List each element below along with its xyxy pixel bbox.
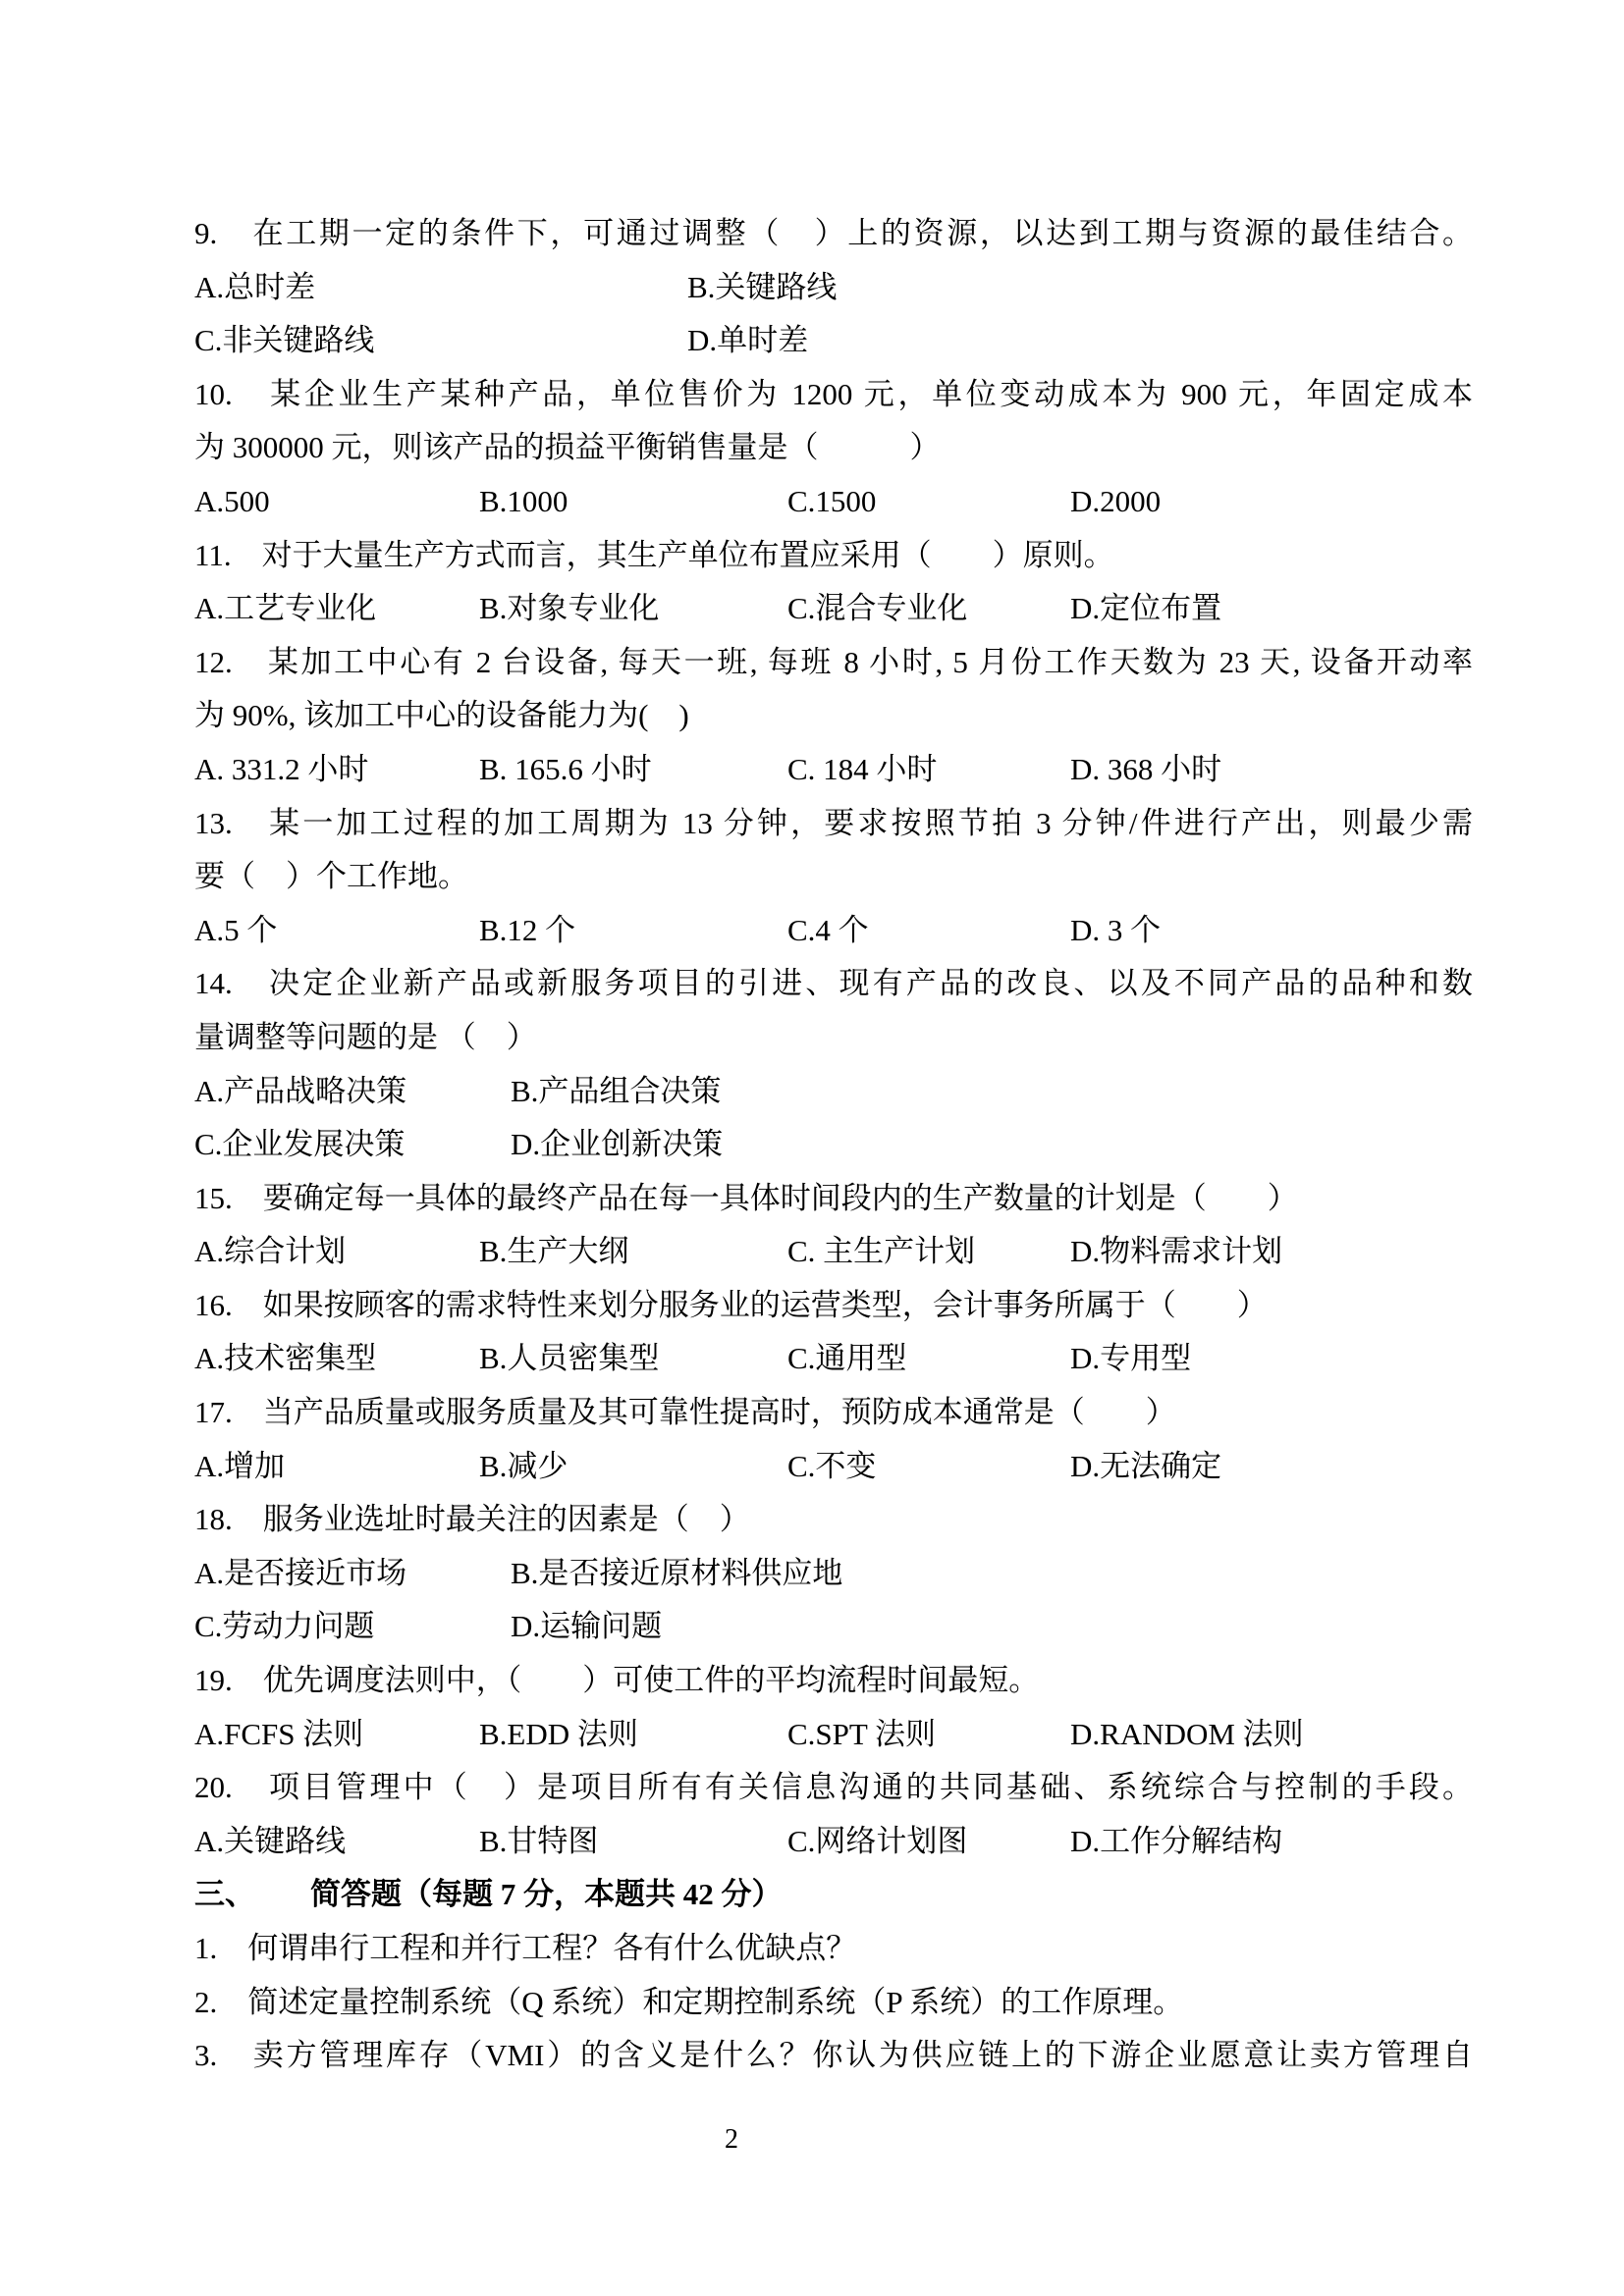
option-item: D.RANDOM 法则 [1070,1708,1304,1762]
short-answer-question-1: 1. 何谓串行工程和并行工程？各有什么优缺点？ [194,1922,1473,1976]
option-item: D.无法确定 [1070,1440,1221,1494]
question-14-options-row-2: C.企业发展决策D.企业创新决策 [194,1118,1473,1172]
option-item: C.不变 [787,1440,876,1494]
question-20-options-row-1: A.关键路线B.甘特图C.网络计划图D.工作分解结构 [194,1815,1473,1869]
question-10-stem-line-1: 10. 某企业生产某种产品，单位售价为 1200 元，单位变动成本为 900 元… [194,368,1473,422]
question-13-stem-line-1: 13. 某一加工过程的加工周期为 13 分钟，要求按照节拍 3 分钟/件进行产出… [194,797,1473,851]
question-17-stem-line-1: 17. 当产品质量或服务质量及其可靠性提高时，预防成本通常是（ ） [194,1386,1473,1440]
question-18-options-row-1: A.是否接近市场B.是否接近原材料供应地 [194,1547,1473,1601]
short-answer-question-3: 3. 卖方管理库存（VMI）的含义是什么？你认为供应链上的下游企业愿意让卖方管理… [194,2029,1473,2083]
option-item: C.4 个 [787,904,869,958]
option-item: C. 主生产计划 [787,1225,975,1279]
option-item: D. 3 个 [1070,904,1161,958]
page-number: 2 [725,2122,738,2158]
question-15-options-row-1: A.综合计划B.生产大纲C. 主生产计划D.物料需求计划 [194,1225,1473,1279]
question-16-options-row-1: A.技术密集型B.人员密集型C.通用型D.专用型 [194,1332,1473,1386]
option-item: A.500 [194,475,270,529]
option-item: D.物料需求计划 [1070,1225,1282,1279]
option-item: C.混合专业化 [787,582,967,636]
question-17-options-row-1: A.增加B.减少C.不变D.无法确定 [194,1440,1473,1494]
question-19-stem-line-1: 19. 优先调度法则中，（ ）可使工件的平均流程时间最短。 [194,1654,1473,1708]
option-item: B.产品组合决策 [511,1065,721,1119]
option-item: A.是否接近市场 [194,1547,406,1601]
option-item: C.非关键路线 [194,314,374,368]
option-item: D.2000 [1070,475,1161,529]
question-11-stem-line-1: 11. 对于大量生产方式而言，其生产单位布置应采用（ ）原则。 [194,529,1473,583]
question-14-stem-line-2: 量调整等问题的是 （ ） [194,1011,1473,1065]
short-answer-section: 1. 何谓串行工程和并行工程？各有什么优缺点？2. 简述定量控制系统（Q 系统）… [194,1922,1473,2083]
option-item: A. 331.2 小时 [194,743,368,797]
option-item: B.EDD 法则 [479,1708,638,1762]
question-18-options-row-2: C.劳动力问题D.运输问题 [194,1600,1473,1654]
section-title: 简答题（每题 7 分，本题共 42 分） [310,1877,783,1911]
option-item: B.减少 [479,1440,568,1494]
option-item: D. 368 小时 [1070,743,1221,797]
question-10-stem-line-2: 为 300000 元，则该产品的损益平衡销售量是（ ） [194,421,1473,475]
option-item: D.运输问题 [511,1600,662,1654]
question-14-options-row-1: A.产品战略决策B.产品组合决策 [194,1065,1473,1119]
option-item: A.增加 [194,1440,285,1494]
short-answer-section-header: 三、简答题（每题 7 分，本题共 42 分） [194,1868,1473,1922]
question-16-stem-line-1: 16. 如果按顾客的需求特性来划分服务业的运营类型，会计事务所属于（ ） [194,1279,1473,1333]
option-item: D.工作分解结构 [1070,1815,1282,1869]
option-item: B.人员密集型 [479,1332,659,1386]
option-item: D.专用型 [1070,1332,1191,1386]
option-item: B.甘特图 [479,1815,598,1869]
exam-paper-page: 9. 在工期一定的条件下，可通过调整（ ）上的资源，以达到工期与资源的最佳结合。… [0,0,1624,2296]
option-item: D.定位布置 [1070,582,1221,636]
option-item: C.通用型 [787,1332,906,1386]
option-item: B.是否接近原材料供应地 [511,1547,842,1601]
option-item: C.SPT 法则 [787,1708,936,1762]
option-item: B.对象专业化 [479,582,659,636]
question-12-stem-line-1: 12. 某加工中心有 2 台设备, 每天一班, 每班 8 小时, 5 月份工作天… [194,636,1473,690]
option-item: A.产品战略决策 [194,1065,406,1119]
option-item: A.工艺专业化 [194,582,376,636]
option-item: A.总时差 [194,261,315,315]
page-content: 9. 在工期一定的条件下，可通过调整（ ）上的资源，以达到工期与资源的最佳结合。… [194,207,1473,2083]
question-10-options-row-1: A.500B.1000C.1500D.2000 [194,475,1473,529]
question-9-options-row-1: A.总时差B.关键路线 [194,261,1473,315]
option-item: B. 165.6 小时 [479,743,652,797]
question-9-options-row-2: C.非关键路线D.单时差 [194,314,1473,368]
question-15-stem-line-1: 15. 要确定每一具体的最终产品在每一具体时间段内的生产数量的计划是（ ） [194,1172,1473,1226]
option-item: A.5 个 [194,904,277,958]
section-number: 三、 [194,1868,255,1922]
option-item: B.12 个 [479,904,575,958]
option-item: B.1000 [479,475,568,529]
question-20-stem-line-1: 20. 项目管理中（ ）是项目所有有关信息沟通的共同基础、系统综合与控制的手段。 [194,1761,1473,1815]
option-item: A.关键路线 [194,1815,346,1869]
option-item: A.综合计划 [194,1225,346,1279]
short-answer-question-2: 2. 简述定量控制系统（Q 系统）和定期控制系统（P 系统）的工作原理。 [194,1976,1473,2030]
option-item: A.技术密集型 [194,1332,376,1386]
question-12-stem-line-2: 为 90%, 该加工中心的设备能力为( ) [194,689,1473,743]
question-18-stem-line-1: 18. 服务业选址时最关注的因素是（ ） [194,1493,1473,1547]
option-item: C.网络计划图 [787,1815,967,1869]
question-13-options-row-1: A.5 个B.12 个C.4 个D. 3 个 [194,904,1473,958]
question-11-options-row-1: A.工艺专业化B.对象专业化C.混合专业化D.定位布置 [194,582,1473,636]
option-item: B.生产大纲 [479,1225,628,1279]
option-item: B.关键路线 [687,261,837,315]
question-13-stem-line-2: 要（ ）个工作地。 [194,850,1473,904]
question-9-stem-line-1: 9. 在工期一定的条件下，可通过调整（ ）上的资源，以达到工期与资源的最佳结合。 [194,207,1473,261]
option-item: C. 184 小时 [787,743,937,797]
option-item: C.1500 [787,475,876,529]
option-item: C.企业发展决策 [194,1118,405,1172]
option-item: C.劳动力问题 [194,1600,374,1654]
question-12-options-row-1: A. 331.2 小时B. 165.6 小时C. 184 小时D. 368 小时 [194,743,1473,797]
option-item: A.FCFS 法则 [194,1708,363,1762]
option-item: D.企业创新决策 [511,1118,723,1172]
option-item: D.单时差 [687,314,808,368]
question-14-stem-line-1: 14. 决定企业新产品或新服务项目的引进、现有产品的改良、以及不同产品的品种和数 [194,957,1473,1011]
multiple-choice-section: 9. 在工期一定的条件下，可通过调整（ ）上的资源，以达到工期与资源的最佳结合。… [194,207,1473,1868]
question-19-options-row-1: A.FCFS 法则B.EDD 法则C.SPT 法则D.RANDOM 法则 [194,1708,1473,1762]
